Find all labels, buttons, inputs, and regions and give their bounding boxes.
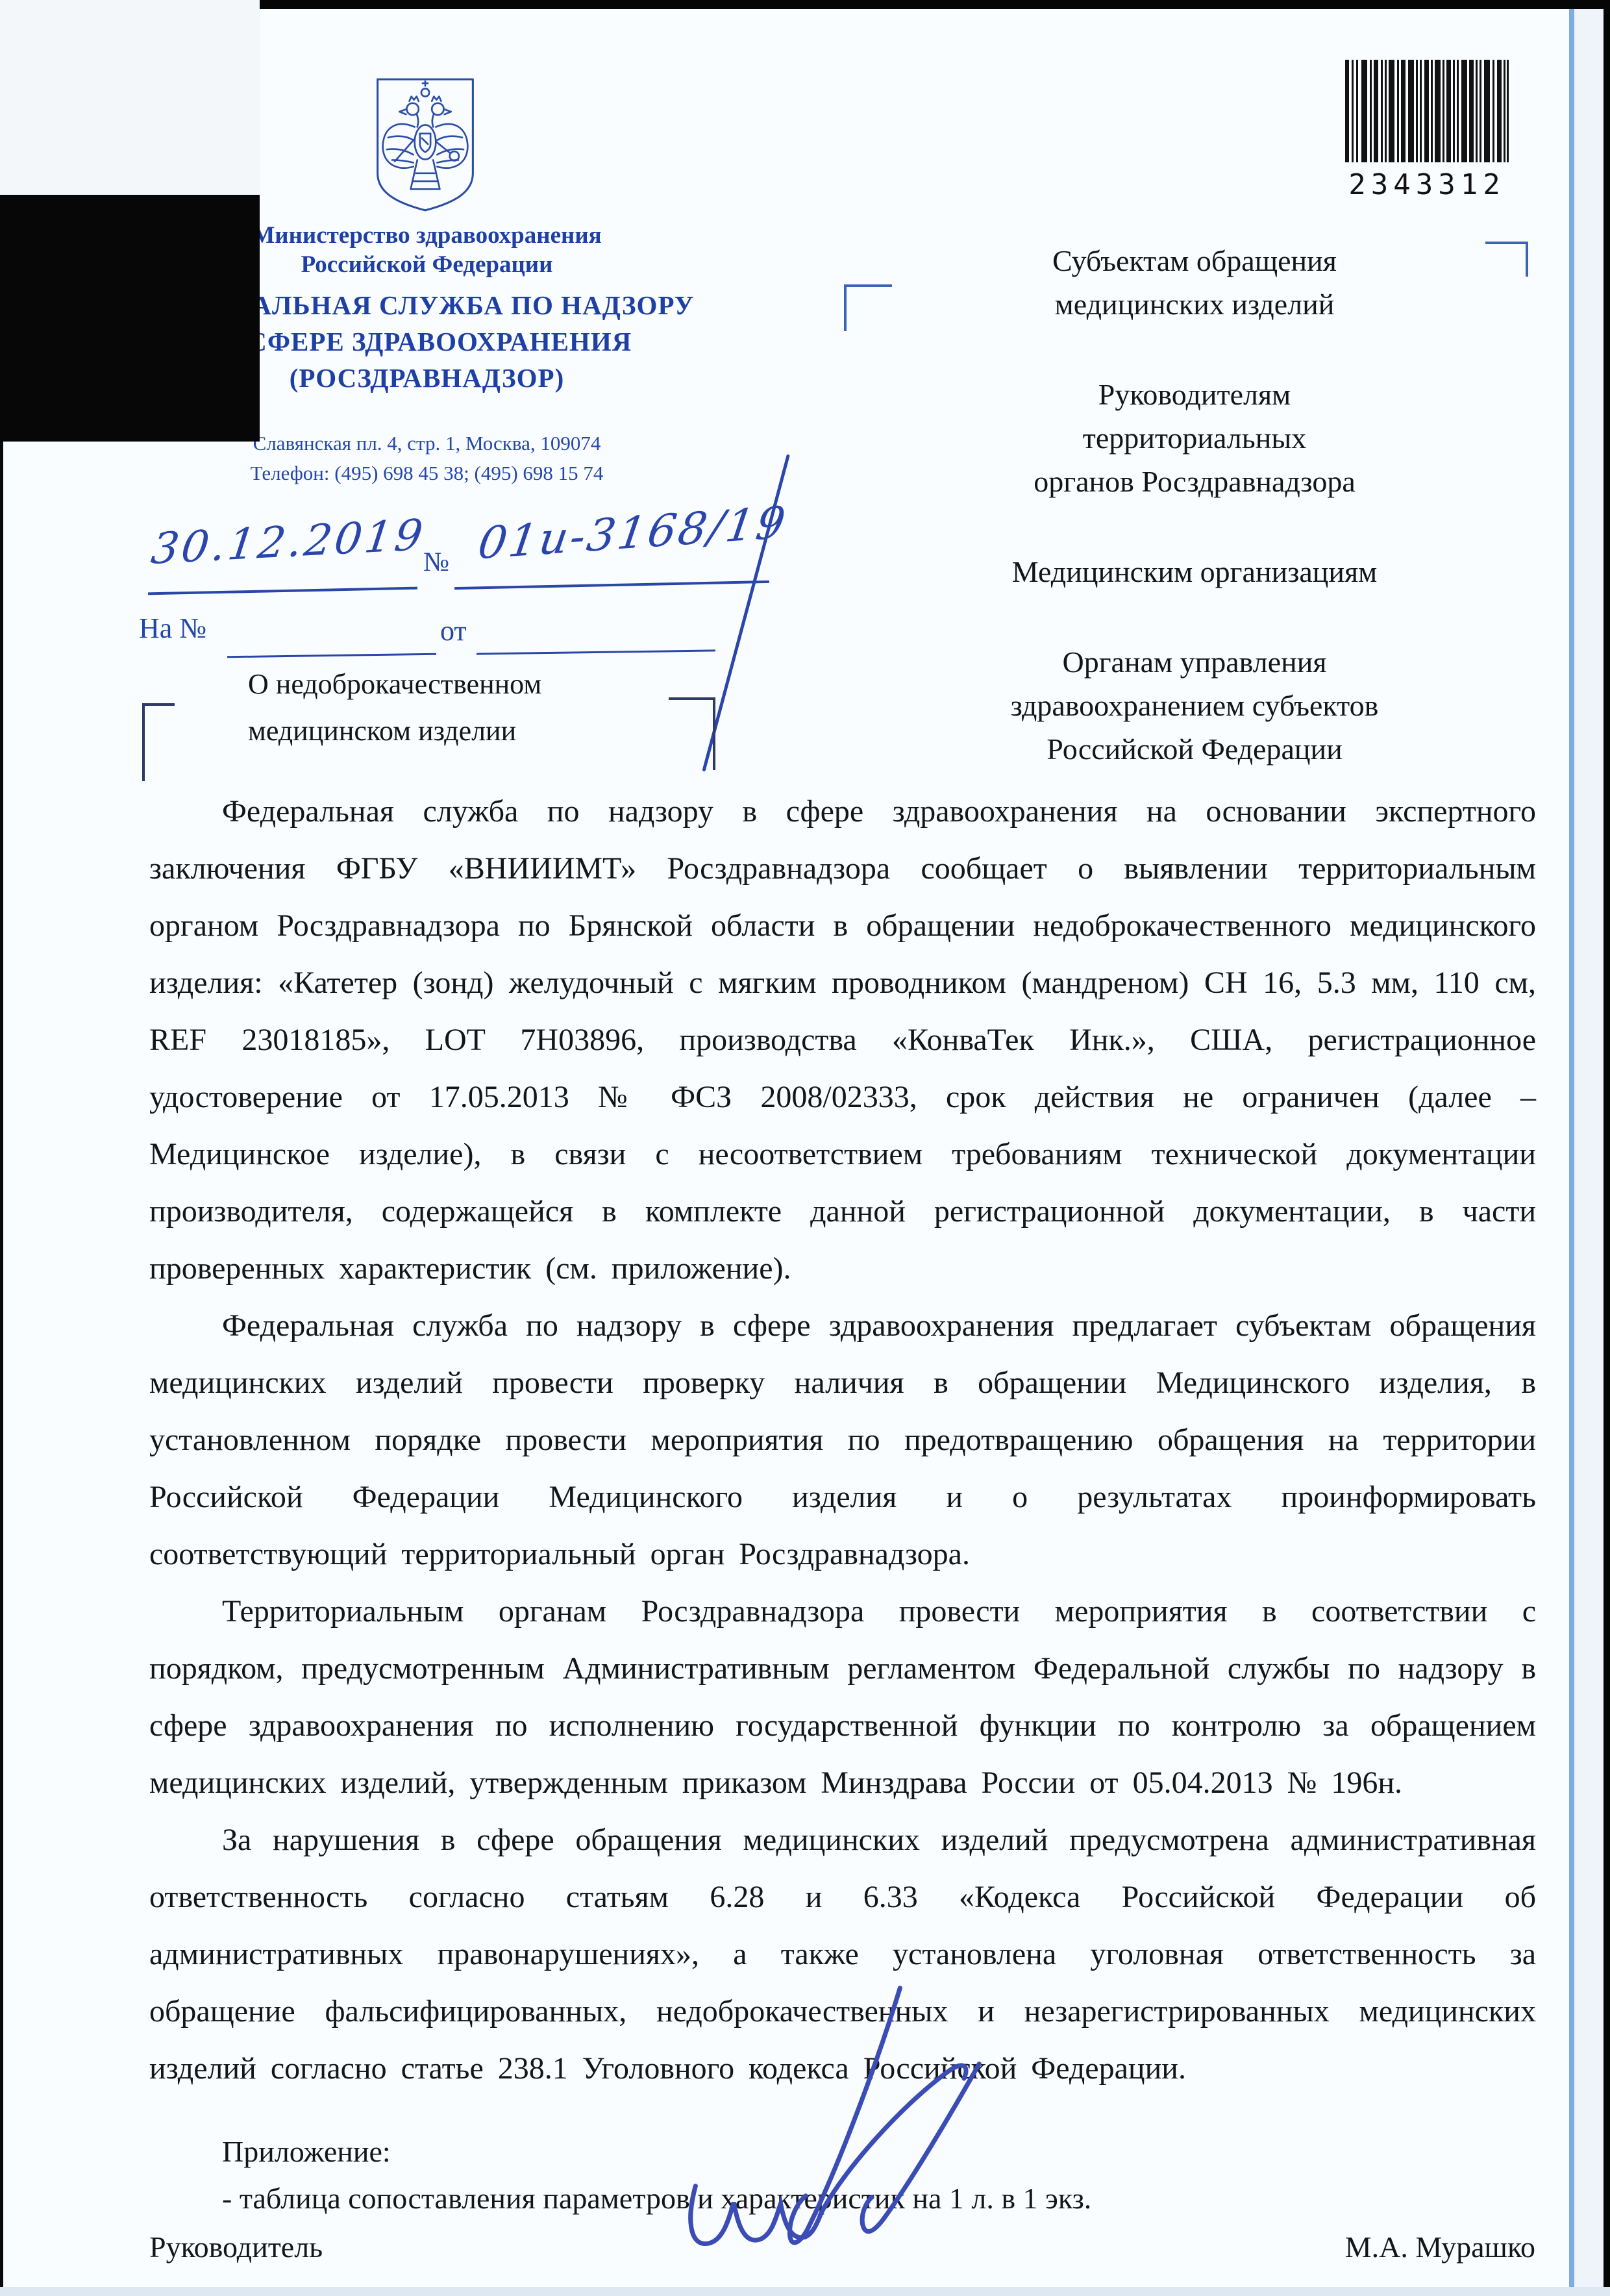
- recipient-group: Руководителям территориальных органов Ро…: [863, 373, 1526, 503]
- letter-subject: О недоброкачественном медицинском издели…: [248, 661, 741, 755]
- reply-number-blank-line: [227, 653, 436, 658]
- coat-of-arms-emblem: [371, 75, 479, 214]
- scan-right-margin: [1574, 0, 1604, 2296]
- signer-position: Руководитель: [149, 2230, 323, 2264]
- recipient-line: Руководителям: [863, 373, 1526, 416]
- recipient-block: Субъектам обращения медицинских изделий …: [863, 239, 1526, 817]
- number-underline: [454, 580, 769, 590]
- recipient-line: Органам управления: [863, 640, 1526, 684]
- body-paragraph: Федеральная служба по надзору в сфере зд…: [149, 1297, 1536, 1583]
- reply-to-number-label: На №: [139, 612, 206, 645]
- recipient-line: Субъектам обращения: [863, 239, 1526, 282]
- recipient-group: Субъектам обращения медицинских изделий: [863, 239, 1526, 326]
- phone-numbers: Телефон: (495) 698 45 38; (495) 698 15 7…: [133, 458, 721, 488]
- folded-page-corner: [0, 0, 260, 195]
- recipient-line: Российской Федерации: [863, 727, 1526, 771]
- recipient-line: здравоохранением субъектов: [863, 684, 1526, 727]
- reply-date-blank-line: [477, 649, 715, 655]
- recipient-line: органов Росздравнадзора: [863, 460, 1526, 503]
- body-paragraph: Территориальным органам Росздравнадзора …: [149, 1583, 1536, 1812]
- handwritten-date: 30.12.2019: [149, 510, 428, 574]
- signer-name: М.А. Мурашко: [1263, 2230, 1535, 2264]
- recipient-line: территориальных: [863, 416, 1526, 460]
- registration-barcode: 2343312: [1345, 60, 1509, 201]
- scanned-letter-page: Министерство здравоохранения Российской …: [0, 0, 1610, 2296]
- scan-page-edge-line: [1569, 0, 1574, 2296]
- handwritten-signature: [639, 1984, 1048, 2263]
- scan-edge-right: [1604, 0, 1610, 2296]
- subject-line2: медицинском изделии: [248, 708, 741, 755]
- number-sign-label: №: [423, 547, 449, 578]
- recipient-group: Органам управления здравоохранением субъ…: [863, 640, 1526, 771]
- body-paragraph: Федеральная служба по надзору в сфере зд…: [149, 783, 1536, 1297]
- barcode-bars: [1345, 60, 1509, 162]
- recipient-group: Медицинским организациям: [863, 550, 1526, 593]
- recipient-line: медицинских изделий: [863, 282, 1526, 326]
- letter-body: Федеральная служба по надзору в сфере зд…: [149, 783, 1536, 2097]
- date-underline: [148, 587, 417, 595]
- subject-line1: О недоброкачественном: [248, 661, 741, 708]
- barcode-number: 2343312: [1345, 168, 1509, 201]
- scan-edge-bottom: [0, 2287, 1610, 2296]
- handwritten-outgoing-number: 01и-3168/19: [475, 497, 790, 570]
- recipient-line: Медицинским организациям: [863, 550, 1526, 593]
- reply-from-label: от: [440, 614, 467, 647]
